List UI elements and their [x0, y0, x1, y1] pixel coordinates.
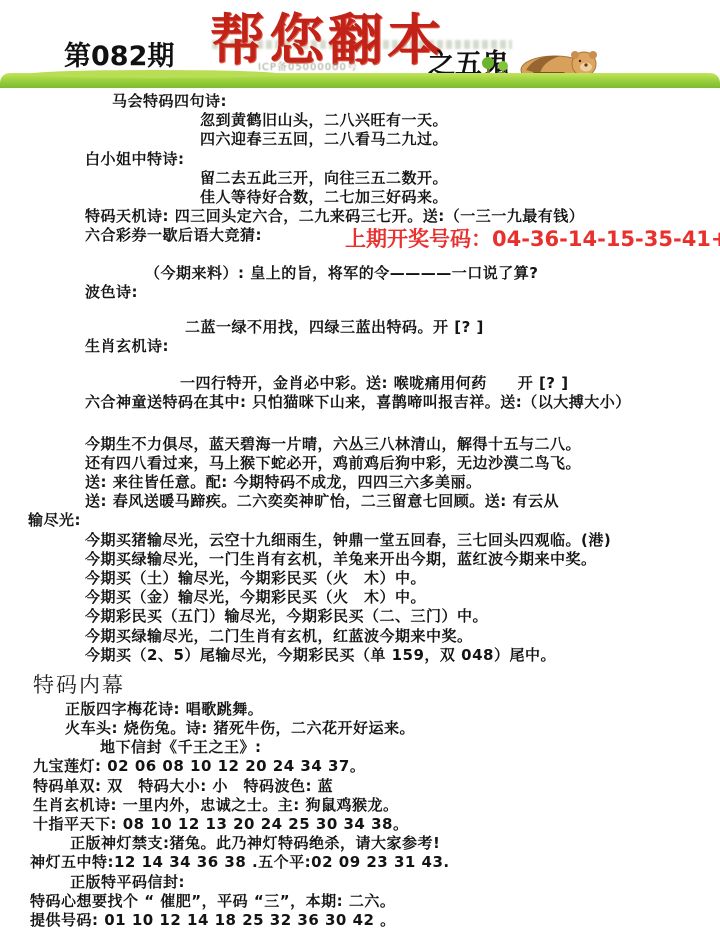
text-line: 送: 春风送暖马蹄疾。二六奕奕神旷怡，二三留意七回顾。送: 有云从 [0, 492, 720, 511]
text-line: 留二去五此三开，向往三五二数开。 [0, 169, 720, 188]
text-line: 今期买绿输尽光，二门生肖有玄机，红蓝波今期来中奖。 [0, 627, 720, 646]
spacer [0, 246, 720, 264]
text-line: 今期生不力俱尽，蓝天碧海一片晴，六丛三八林清山，解得十五与二八。 [0, 435, 720, 454]
issue-number: 第082期 [64, 34, 174, 73]
spacer [0, 302, 720, 318]
text-line: 今期买猪输尽光，云空十九细雨生，钟鼎一堂五回春，三七回头四观临。(港) [0, 531, 720, 550]
text-line: 今期买（2、5）尾输尽光，今期彩民买（单 159，双 048）尾中。 [0, 646, 720, 665]
page-header: 第082期 帮您翻本 之五鬼 ICP备05000000号 [0, 0, 720, 90]
text-line: 今期买（土）输尽光，今期彩民买（火 木）中。 [0, 569, 720, 588]
text-line: 神灯五中特:12 14 34 36 38 .五个平:02 09 23 31 43… [0, 853, 720, 872]
text-line: 输尽光: [0, 511, 720, 530]
text-line: 生肖玄机诗: 一里内外，忠诚之士。主: 狗鼠鸡猴龙。 [0, 796, 720, 815]
text-line: 四六迎春三五回，二八看马二九过。 [0, 130, 720, 149]
text-line: 地下信封《千王之王》: [0, 738, 720, 757]
watermark-text: ICP备05000000号 [258, 58, 358, 73]
content-lines: 马会特码四句诗:忽到黄鹤旧山头，二八兴旺有一天。四六迎春三五回，二八看马二九过。… [0, 92, 720, 930]
text-line: 火车头: 烧伤兔。诗: 猪死牛伤，二六花开好运来。 [0, 719, 720, 738]
text-line: 十指平天下: 08 10 12 13 20 24 25 30 34 38。 [0, 815, 720, 834]
text-line: 忽到黄鹤旧山头，二八兴旺有一天。 [0, 111, 720, 130]
text-line: 马会特码四句诗: [0, 92, 720, 111]
text-line: 白小姐中特诗: [0, 150, 720, 169]
text-line: 特码单双: 双 特码大小: 小 特码波色: 蓝 [0, 777, 720, 796]
text-line: 六合神童送特码在其中: 只怕猫咪下山来，喜鹊啼叫报吉祥。送:（以大搏大小） [0, 393, 720, 412]
text-line: 提供号码: 01 10 12 14 18 25 32 36 30 42 。 [0, 911, 720, 930]
text-line: 正版四字梅花诗: 唱歌跳舞。 [0, 700, 720, 719]
text-line: 九宝莲灯: 02 06 08 10 12 20 24 34 37。 [0, 757, 720, 776]
text-line: 今期彩民买（五门）输尽光，今期彩民买（二、三门）中。 [0, 607, 720, 626]
text-line: 特码心想要找个 “ 催肥”，平码 “三”，本期: 二六。 [0, 892, 720, 911]
text-line: 还有四八看过来，马上猴下蛇必开，鸡前鸡后狗中彩，无边沙漠二鸟飞。 [0, 454, 720, 473]
text-line: 今期买绿输尽光，一门生肖有玄机，羊兔来开出今期，蓝红波今期来中奖。 [0, 550, 720, 569]
spacer [0, 413, 720, 435]
text-line: 正版特平码信封: [0, 873, 720, 892]
text-line: 波色诗: [0, 283, 720, 302]
text-line: 特码天机诗: 四三回头定六合，二九来码三七开。送:（一三一九最有钱） [0, 207, 720, 226]
text-line: 正版神灯禁支:猪兔。此乃神灯特码绝杀，请大家参考! [0, 834, 720, 853]
text-line: 送: 来往皆任意。配: 今期特码不成龙，四四三六多美丽。 [0, 473, 720, 492]
text-line: （今期来料）: 皇上的旨，将军的令————一口说了算? [0, 264, 720, 283]
text-line: 一四行特开，金肖必中彩。送: 喉咙痛用何药 开 [? ] [0, 374, 720, 393]
text-line: 二蓝一绿不用找，四绿三蓝出特码。开 [? ] [0, 318, 720, 337]
text-line: 佳人等待好合数，二七加三好码来。 [0, 188, 720, 207]
grass-band [0, 73, 720, 88]
spacer [0, 356, 720, 374]
text-line: 今期买（金）输尽光，今期彩民买（火 木）中。 [0, 588, 720, 607]
text-line: 特码内幕 [0, 670, 720, 700]
text-line: 生肖玄机诗: [0, 337, 720, 356]
text-line: 六合彩券一歇后语大竞猜: [0, 226, 720, 245]
